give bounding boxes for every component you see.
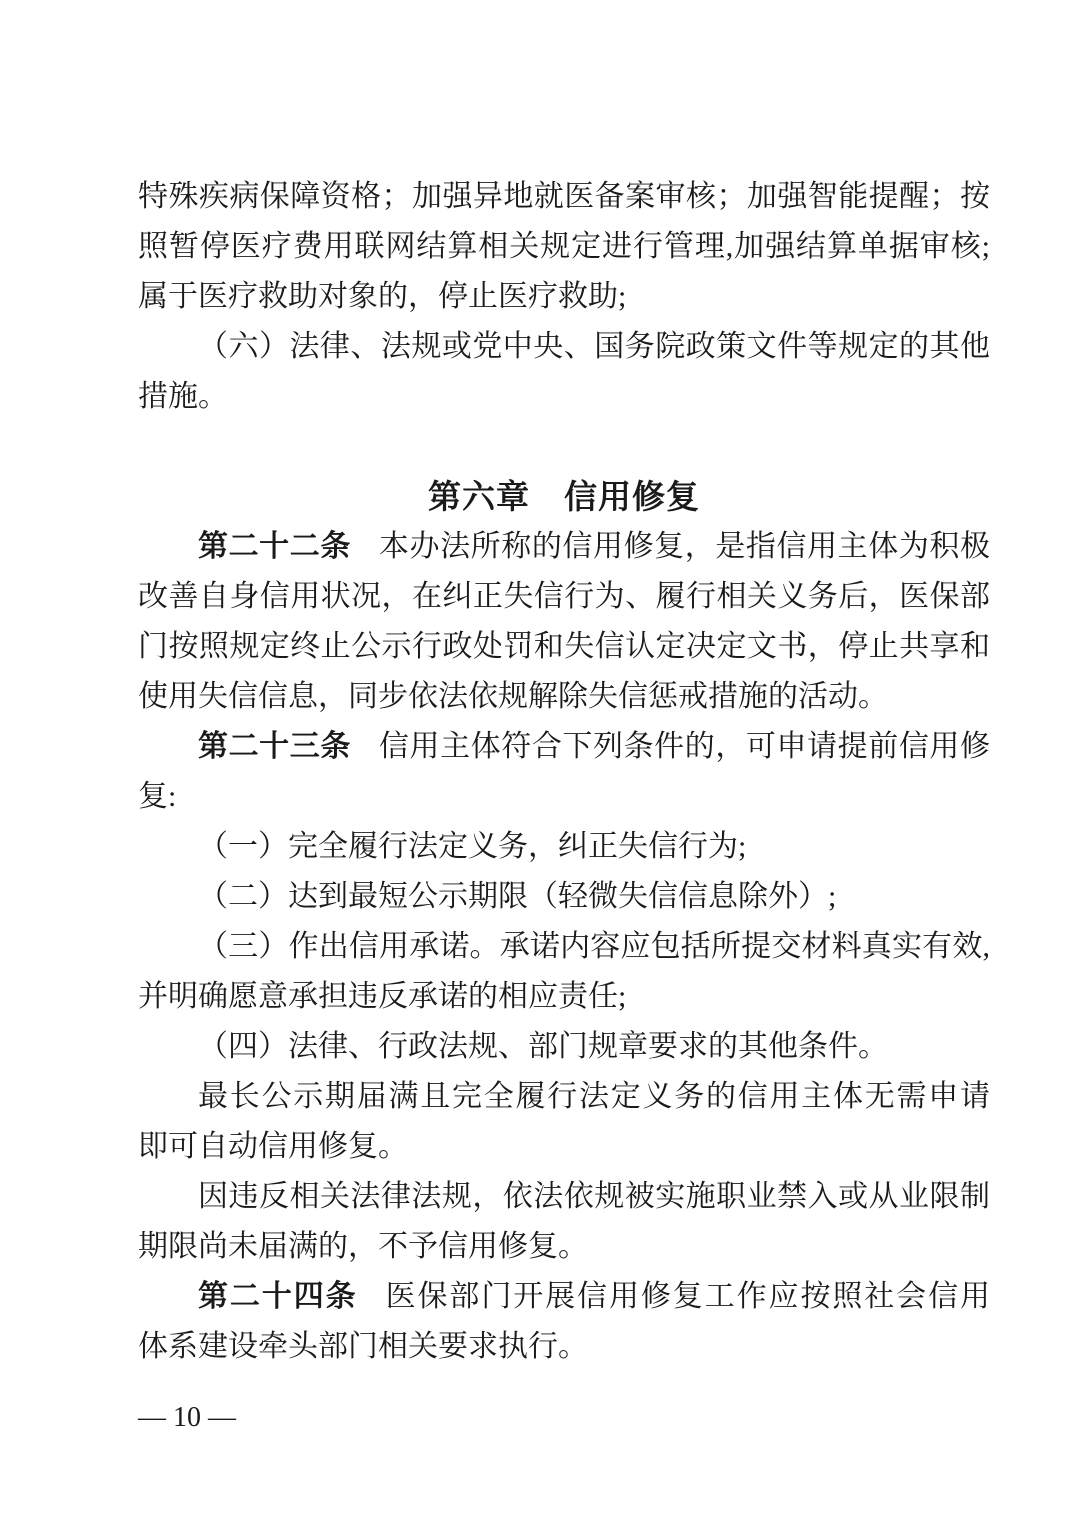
article-number: 第二十四条 [198,1280,358,1313]
document-body: 特殊疾病保障资格；加强异地就医备案审核；加强智能提醒；按 照暂停医疗费用联网结算… [138,172,990,1372]
text-line: 门按照规定终止公示行政处罚和失信认定决定文书，停止共享和 [138,622,990,672]
text-line: 最长公示期届满且完全履行法定义务的信用主体无需申请 [138,1072,990,1122]
text-line: 特殊疾病保障资格；加强异地就医备案审核；加强智能提醒；按 [138,172,990,222]
text-line: 第二十三条信用主体符合下列条件的，可申请提前信用修 [138,722,990,772]
text-line: 改善自身信用状况，在纠正失信行为、履行相关义务后，医保部 [138,572,990,622]
text-line: 体系建设牵头部门相关要求执行。 [138,1322,990,1372]
document-page: 特殊疾病保障资格；加强异地就医备案审核；加强智能提醒；按 照暂停医疗费用联网结算… [0,0,1080,1527]
text-line: 因违反相关法律法规，依法依规被实施职业禁入或从业限制 [138,1172,990,1222]
text-line: 期限尚未届满的，不予信用修复。 [138,1222,990,1272]
text-line: （三）作出信用承诺。承诺内容应包括所提交材料真实有效, [138,922,990,972]
text-line: 使用失信信息，同步依法依规解除失信惩戒措施的活动。 [138,672,990,722]
text-line: 并明确愿意承担违反承诺的相应责任; [138,972,990,1022]
text-line: 第二十四条医保部门开展信用修复工作应按照社会信用 [138,1272,990,1322]
text-line: （六）法律、法规或党中央、国务院政策文件等规定的其他 [138,322,990,372]
chapter-heading: 第六章 信用修复 [138,472,990,522]
text-line: 照暂停医疗费用联网结算相关规定进行管理,加强结算单据审核; [138,222,990,272]
text-line: 属于医疗救助对象的，停止医疗救助; [138,272,990,322]
article-number: 第二十二条 [198,530,351,563]
text-line: 第二十二条本办法所称的信用修复，是指信用主体为积极 [138,522,990,572]
article-text: 信用主体符合下列条件的，可申请提前信用修 [379,730,990,763]
text-line: 复: [138,772,990,822]
text-line: （一）完全履行法定义务，纠正失信行为; [138,822,990,872]
article-number: 第二十三条 [198,730,351,763]
text-line: 即可自动信用修复。 [138,1122,990,1172]
page-number: — 10 — [138,1396,236,1440]
text-line: 措施。 [138,372,990,422]
text-line: （二）达到最短公示期限（轻微失信信息除外）; [138,872,990,922]
text-line: （四）法律、行政法规、部门规章要求的其他条件。 [138,1022,990,1072]
article-text: 医保部门开展信用修复工作应按照社会信用 [386,1280,990,1313]
article-text: 本办法所称的信用修复，是指信用主体为积极 [379,530,990,563]
